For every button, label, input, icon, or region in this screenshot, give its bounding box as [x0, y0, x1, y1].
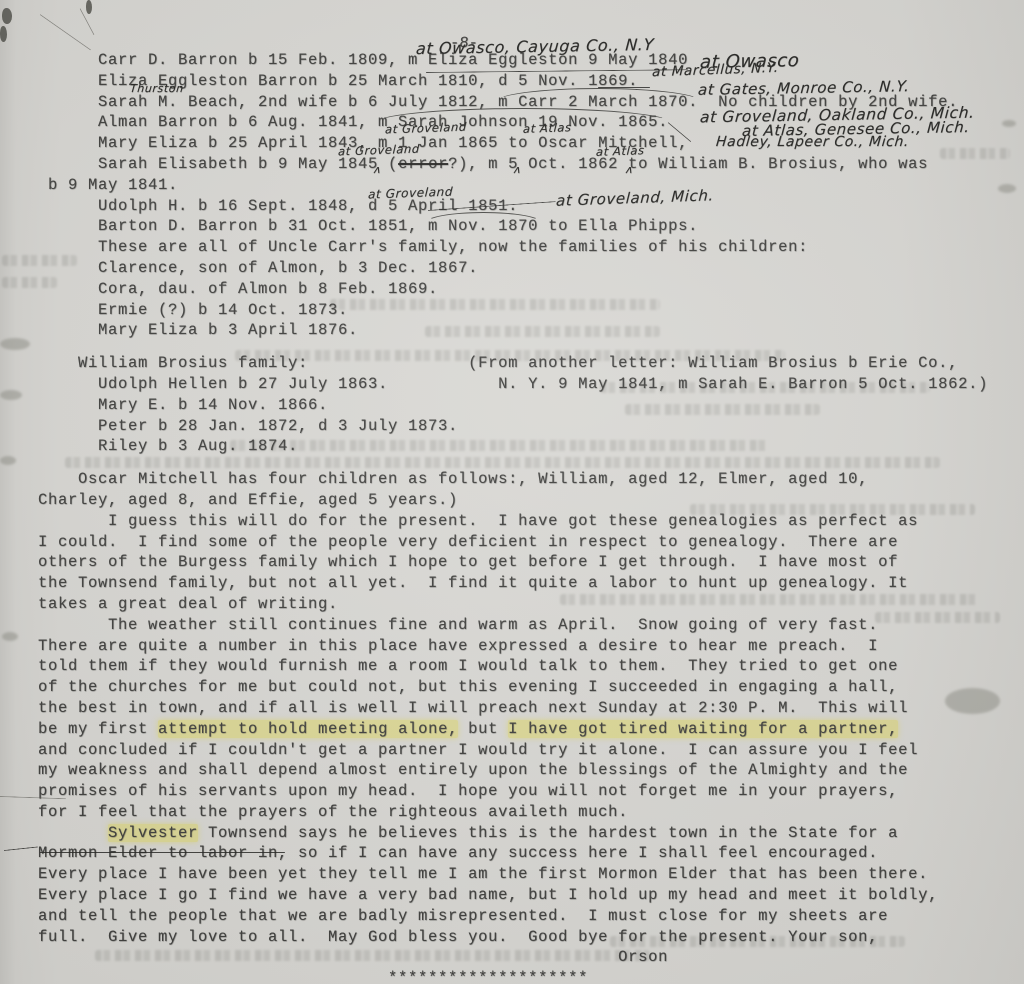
typed-line: b 9 May 1841.	[38, 175, 1024, 196]
typed-line: Udolph Hellen b 27 July 1863. N. Y. 9 Ma…	[38, 374, 1024, 395]
typed-line: and concluded if I couldn't get a partne…	[38, 740, 1024, 761]
typed-text-body: Carr D. Barron b 15 Feb. 1809, m Eliza E…	[38, 50, 1024, 984]
typed-line: promises of his servants upon my head. I…	[38, 781, 1024, 802]
scan-smudge	[1002, 120, 1016, 127]
typed-line: Sarah Elisabeth b 9 May 1845 (error?), m…	[38, 154, 1024, 175]
typed-line: Every place I have been yet they tell me…	[38, 864, 1024, 885]
scan-blotch	[86, 0, 92, 14]
typed-line: and tell the people that we are badly mi…	[38, 906, 1024, 927]
typed-line: told them if they would furnish me a roo…	[38, 656, 1024, 677]
typed-line: Ermie (?) b 14 Oct. 1873.	[38, 300, 1024, 321]
typed-line: be my first attempt to hold meeting alon…	[38, 719, 1024, 740]
scan-smudge	[945, 688, 1000, 714]
typed-line: Mary E. b 14 Nov. 1866.	[38, 395, 1024, 416]
scan-smudge	[0, 338, 30, 350]
typed-line: Charley, aged 8, and Effie, aged 5 years…	[38, 490, 1024, 511]
typed-line: my weakness and shall depend almost enti…	[38, 760, 1024, 781]
scanned-letter-page: Carr D. Barron b 15 Feb. 1809, m Eliza E…	[0, 0, 1024, 984]
struck-out-text: error	[398, 155, 448, 173]
scan-smudge	[998, 184, 1016, 193]
typed-line: Clarence, son of Almon, b 3 Dec. 1867.	[38, 258, 1024, 279]
scan-blotch	[0, 26, 7, 42]
typed-line: for I feel that the prayers of the right…	[38, 802, 1024, 823]
caret-mark: ʌ	[373, 163, 381, 176]
text-segment: be my first	[38, 720, 158, 738]
handwritten-annotation: at Groveland	[338, 142, 420, 159]
typed-line: of the churches for me but could not, bu…	[38, 677, 1024, 698]
typed-line: I could. I find some of the people very …	[38, 532, 1024, 553]
fold-crease-line	[40, 14, 91, 50]
typed-line: the best in town, and if all is well I w…	[38, 698, 1024, 719]
text-segment: but	[458, 720, 508, 738]
typed-line: William Brosius family: (From another le…	[38, 353, 1024, 374]
handwritten-annotation: at Groveland	[368, 184, 454, 201]
typed-line: Mary Eliza b 3 April 1876.	[38, 320, 1024, 341]
typed-line: Mormon Elder to labor in, so if I can ha…	[38, 843, 1024, 864]
highlighted-text: Sylvester	[108, 824, 198, 842]
scan-smudge	[0, 456, 16, 465]
scan-smudge	[2, 632, 18, 641]
handwritten-annotation: Thurston	[129, 82, 184, 95]
handwritten-annotation: Hadley, Lapeer Co., Mich.	[715, 134, 909, 150]
typed-line: others of the Burgess family which I hop…	[38, 552, 1024, 573]
handwritten-annotation: at Gates, Monroe Co., N.Y.	[697, 77, 910, 99]
typed-line: I guess this will do for the present. I …	[38, 511, 1024, 532]
highlighted-text: attempt to hold meeting alone,	[158, 720, 458, 738]
pen-underline-mark	[4, 846, 38, 851]
highlighted-text: I have got tired waiting for a partner,	[508, 720, 898, 738]
typed-line: These are all of Uncle Carr's family, no…	[38, 237, 1024, 258]
typed-line: the Townsend family, but not all yet. I …	[38, 573, 1024, 594]
scan-smudge	[0, 390, 22, 400]
caret-mark: ʌ	[513, 163, 521, 176]
typed-line: full. Give my love to all. May God bless…	[38, 927, 1024, 948]
typed-line: Riley b 3 Aug. 1874.	[38, 436, 1024, 457]
asterisk-divider: ********************	[38, 968, 1024, 984]
text-segment	[38, 824, 108, 842]
typed-line: Cora, dau. of Almon b 8 Feb. 1869.	[38, 279, 1024, 300]
typed-line: Oscar Mitchell has four children as foll…	[38, 469, 1024, 490]
signature-line: Orson	[38, 947, 1024, 968]
typed-line: Every place I go I find we have a very b…	[38, 885, 1024, 906]
typed-line: Udolph H. b 16 Sept. 1848, d 5 April 185…	[38, 196, 1024, 217]
typed-line: There are quite a number in this place h…	[38, 636, 1024, 657]
scan-blotch	[2, 8, 12, 24]
caret-mark: ʌ	[625, 163, 633, 176]
typed-line: Peter b 28 Jan. 1872, d 3 July 1873.	[38, 416, 1024, 437]
text-segment: Townsend says he believes this is the ha…	[198, 824, 898, 842]
typed-line: Sylvester Townsend says he believes this…	[38, 823, 1024, 844]
handwritten-annotation: at Atlas	[596, 143, 645, 159]
pen-underline-mark	[40, 852, 285, 853]
typed-line: takes a great deal of writing.	[38, 594, 1024, 615]
typed-line: The weather still continues fine and war…	[38, 615, 1024, 636]
